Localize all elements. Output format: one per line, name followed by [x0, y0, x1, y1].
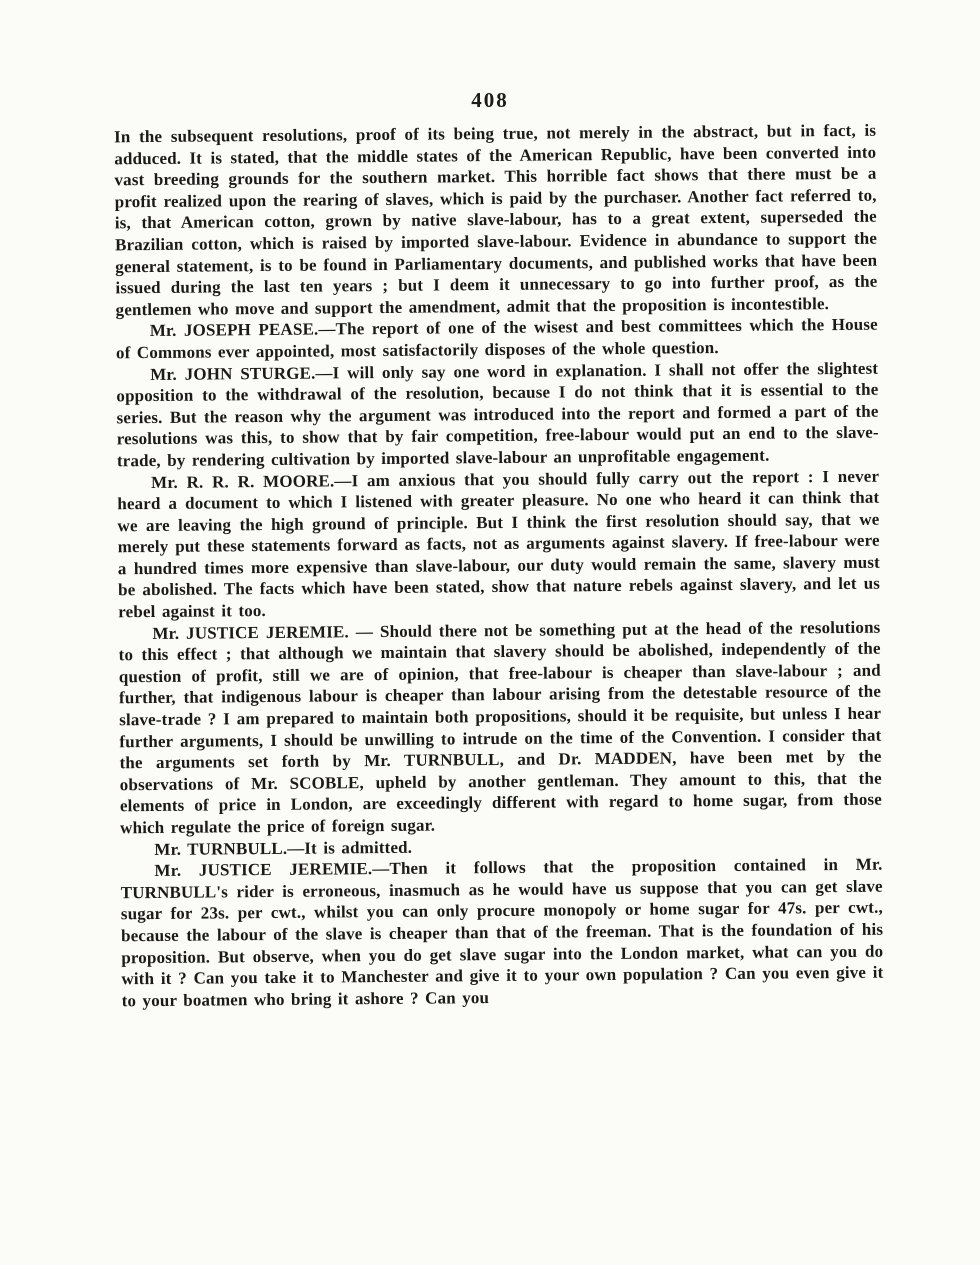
paragraph: Mr. JOSEPH PEASE.—The report of one of t…: [116, 314, 878, 364]
document-page: 408 In the subsequent resolutions, proof…: [0, 0, 980, 1265]
paragraph: Mr. JUSTICE JEREMIE.—Then it follows tha…: [120, 854, 883, 1012]
paragraph: In the subsequent resolutions, proof of …: [114, 120, 878, 321]
paragraph: Mr. JUSTICE JEREMIE. — Should there not …: [118, 616, 882, 839]
paragraph: Mr. JOHN STURGE.—I will only say one wor…: [116, 357, 879, 472]
paragraph: Mr. R. R. R. MOORE.—I am anxious that yo…: [117, 465, 880, 623]
page-body: In the subsequent resolutions, proof of …: [114, 120, 884, 1012]
page-number: 408: [0, 88, 980, 113]
